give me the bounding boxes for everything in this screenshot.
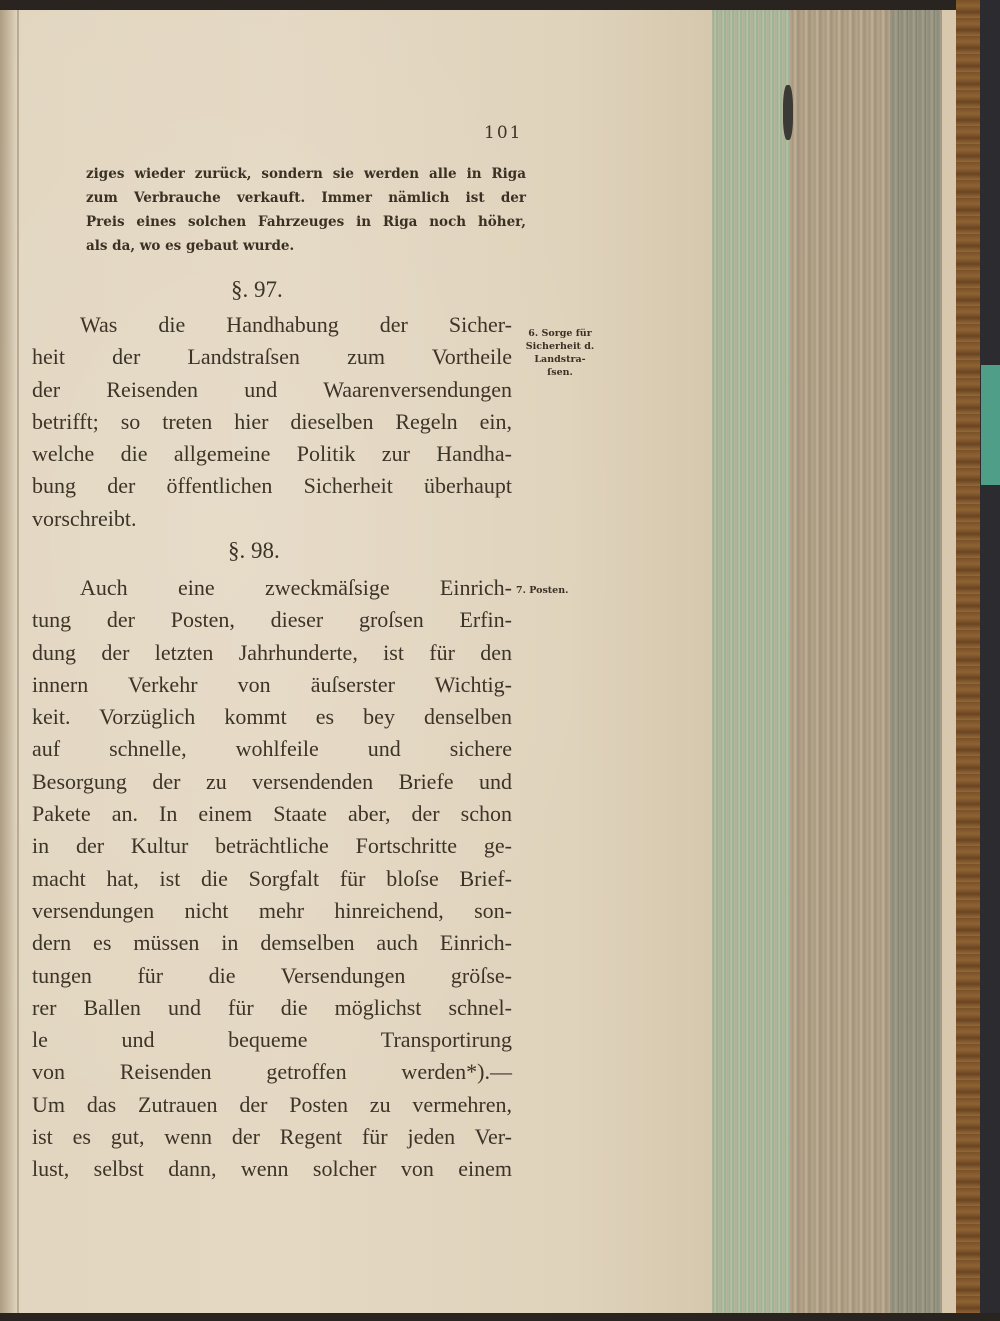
margin-note-line: Sicherheit d. <box>514 340 606 353</box>
page-edges-tan <box>790 10 890 1315</box>
section-heading-98: §. 98. <box>228 538 280 564</box>
text-line: welche die allgemeine Politik zur Handha… <box>32 438 512 470</box>
margin-note-line: 6. Sorge für <box>514 327 606 340</box>
scan-background <box>980 0 1000 1321</box>
page-number: 101 <box>484 123 522 143</box>
text-line: lust, selbst dann, wenn solcher von eine… <box>32 1153 512 1185</box>
text-line: von Reisenden getroffen werden*).— <box>32 1056 512 1088</box>
text-line: le und bequeme Transportirung <box>32 1024 512 1056</box>
margin-note-98: 7. Posten. <box>516 584 568 597</box>
text-line: tung der Posten, dieser groſsen Erfin- <box>32 604 512 636</box>
continued-footnote: ziges wieder zurück, sondern sie werden … <box>86 162 526 258</box>
text-line: heit der Landstraſsen zum Vortheile <box>32 341 512 373</box>
page-edges-grey <box>890 10 942 1315</box>
text-line: macht hat, ist die Sorgfalt für bloſse B… <box>32 863 512 895</box>
text-line: Auch eine zweckmäſsige Einrich- <box>32 572 512 604</box>
text-line: dung der letzten Jahrhunderte, ist für d… <box>32 637 512 669</box>
text-line: dern es müssen in demselben auch Einrich… <box>32 927 512 959</box>
section-heading-97: §. 97. <box>231 277 283 303</box>
color-calibration-tab <box>981 365 1000 485</box>
text-line: der Reisenden und Waarenversendungen <box>32 374 512 406</box>
text-line: betrifft; so treten hier dieselben Regel… <box>32 406 512 438</box>
text-line: ist es gut, wenn der Regent für jeden Ve… <box>32 1121 512 1153</box>
ink-stain <box>783 85 793 140</box>
text-line: Pakete an. In einem Staate aber, der sch… <box>32 798 512 830</box>
text-line: in der Kultur beträchtliche Fortschritte… <box>32 830 512 862</box>
margin-note-line: ſsen. <box>514 366 606 379</box>
text-line: bung der öffentlichen Sicherheit überhau… <box>32 470 512 502</box>
margin-note-line: Landstra- <box>514 353 606 366</box>
section-98-body: Auch eine zweckmäſsige Einrich- tung der… <box>32 572 512 1186</box>
section-97-body: Was die Handhabung der Sicher- heit der … <box>32 309 512 535</box>
text-line: innern Verkehr von äuſserster Wichtig- <box>32 669 512 701</box>
page-text: 101 ziges wieder zurück, sondern sie wer… <box>0 0 712 1321</box>
text-line: Was die Handhabung der Sicher- <box>32 309 512 341</box>
text-line: rer Ballen und für die möglichst schnel- <box>32 992 512 1024</box>
page-edge-light <box>942 10 956 1315</box>
text-line: keit. Vorzüglich kommt es bey denselben <box>32 701 512 733</box>
footnote-line: als da, wo es gebaut wurde. <box>86 234 526 258</box>
text-line: Besorgung der zu versendenden Briefe und <box>32 766 512 798</box>
text-line: Um das Zutrauen der Posten zu vermehren, <box>32 1089 512 1121</box>
book-scan: 101 ziges wieder zurück, sondern sie wer… <box>0 0 1000 1321</box>
footnote-line: zum Verbrauche verkauft. Immer nämlich i… <box>86 186 526 210</box>
text-line: versendungen nicht mehr hinreichend, son… <box>32 895 512 927</box>
margin-note-97: 6. Sorge für Sicherheit d. Landstra- ſse… <box>514 327 606 379</box>
text-line: vorschreibt. <box>32 503 512 535</box>
page-edges-green <box>712 10 790 1315</box>
book-cover <box>956 0 980 1321</box>
text-line: auf schnelle, wohlfeile und sichere <box>32 733 512 765</box>
text-line: tungen für die Versendungen gröſse- <box>32 960 512 992</box>
footnote-line: Preis eines solchen Fahrzeuges in Riga n… <box>86 210 526 234</box>
footnote-line: ziges wieder zurück, sondern sie werden … <box>86 162 526 186</box>
